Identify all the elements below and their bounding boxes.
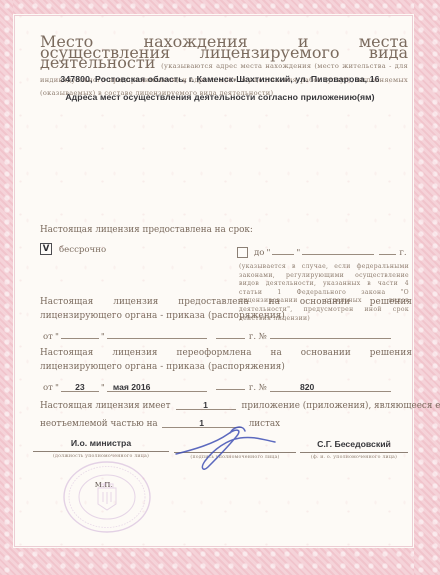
name-underline xyxy=(300,451,408,453)
quote-mark: " xyxy=(266,248,270,258)
reissued-month-value: мая 2016 xyxy=(107,382,151,392)
from-label: от xyxy=(43,332,53,342)
until-label: до xyxy=(254,248,264,258)
appendix-text-after: приложение (приложения), являющееся ее xyxy=(242,401,440,411)
granted-date-row: от""г. № xyxy=(43,328,391,342)
border-band-top xyxy=(0,0,440,14)
appendix-count-value: 1 xyxy=(203,400,208,410)
border-band-left xyxy=(0,0,13,575)
until-month-blank xyxy=(302,244,374,255)
signer-position: И.о. министра xyxy=(33,438,169,448)
quote-mark: " xyxy=(55,332,59,342)
reissued-day-value: 23 xyxy=(75,382,85,392)
appendix-row-1: Настоящая лицензия имеет1приложение (при… xyxy=(40,399,440,411)
quote-mark: " xyxy=(296,248,300,258)
perpetual-label: бессрочно xyxy=(59,245,106,255)
signature-name-block: С.Г. Беседовский (ф. и. о. уполномоченно… xyxy=(300,439,408,460)
reissued-paragraph: Настоящая лицензия переоформлена на осно… xyxy=(40,347,412,374)
granted-day-blank xyxy=(61,328,99,339)
perpetual-checkbox: V xyxy=(40,243,52,255)
granted-paragraph: Настоящая лицензия предоставлена на осно… xyxy=(40,296,412,323)
appendix-count-field: 1 xyxy=(176,399,236,410)
reissued-month-field: мая 2016 xyxy=(107,381,207,392)
appendix-text-line2: неотъемлемой частью на xyxy=(40,419,158,429)
reissued-day-field: 23 xyxy=(61,381,99,392)
until-year-blank xyxy=(379,244,396,255)
granted-extra-blank xyxy=(216,328,245,339)
stamp-place-label: М.П. xyxy=(84,481,124,489)
reissued-extra-blank xyxy=(216,379,245,390)
number-label: г. № xyxy=(249,383,267,393)
reissued-number-field: 820 xyxy=(270,381,391,392)
granted-number-blank xyxy=(270,328,391,339)
from-label: от xyxy=(43,383,53,393)
appendix-text-before: Настоящая лицензия имеет xyxy=(40,401,171,411)
quote-mark: " xyxy=(101,383,105,393)
term-heading: Настоящая лицензия предоставлена на срок… xyxy=(40,225,253,235)
border-band-right xyxy=(414,0,440,575)
reissued-date-row: от"23"мая 2016г. №820 xyxy=(43,379,391,393)
year-suffix: г. xyxy=(399,248,406,258)
number-label: г. № xyxy=(249,332,267,342)
until-day-blank xyxy=(272,244,294,255)
until-checkbox xyxy=(237,247,248,258)
handwritten-signature xyxy=(170,423,280,473)
quote-mark: " xyxy=(101,332,105,342)
location-paragraph: Место нахождения и места осуществления л… xyxy=(40,37,408,99)
activity-addresses-line: Адреса мест осуществления деятельности с… xyxy=(20,92,420,102)
granted-month-blank xyxy=(107,328,207,339)
position-underline xyxy=(33,450,169,452)
until-row: до""г. xyxy=(237,244,407,258)
border-band-bottom xyxy=(0,548,440,575)
signature-position-block: И.о. министра (должность уполномоченного… xyxy=(33,438,169,459)
license-document-page: Место нахождения и места осуществления л… xyxy=(0,0,440,575)
name-caption: (ф. и. о. уполномоченного лица) xyxy=(300,455,408,460)
signer-name: С.Г. Беседовский xyxy=(300,439,408,449)
reissued-number-value: 820 xyxy=(270,382,314,392)
quote-mark: " xyxy=(55,383,59,393)
address-line: 347800, Ростовская область, г. Каменск-Ш… xyxy=(20,74,420,84)
term-row: Vбессрочно xyxy=(40,243,106,255)
official-round-stamp xyxy=(60,458,154,536)
checkmark: V xyxy=(43,244,50,254)
